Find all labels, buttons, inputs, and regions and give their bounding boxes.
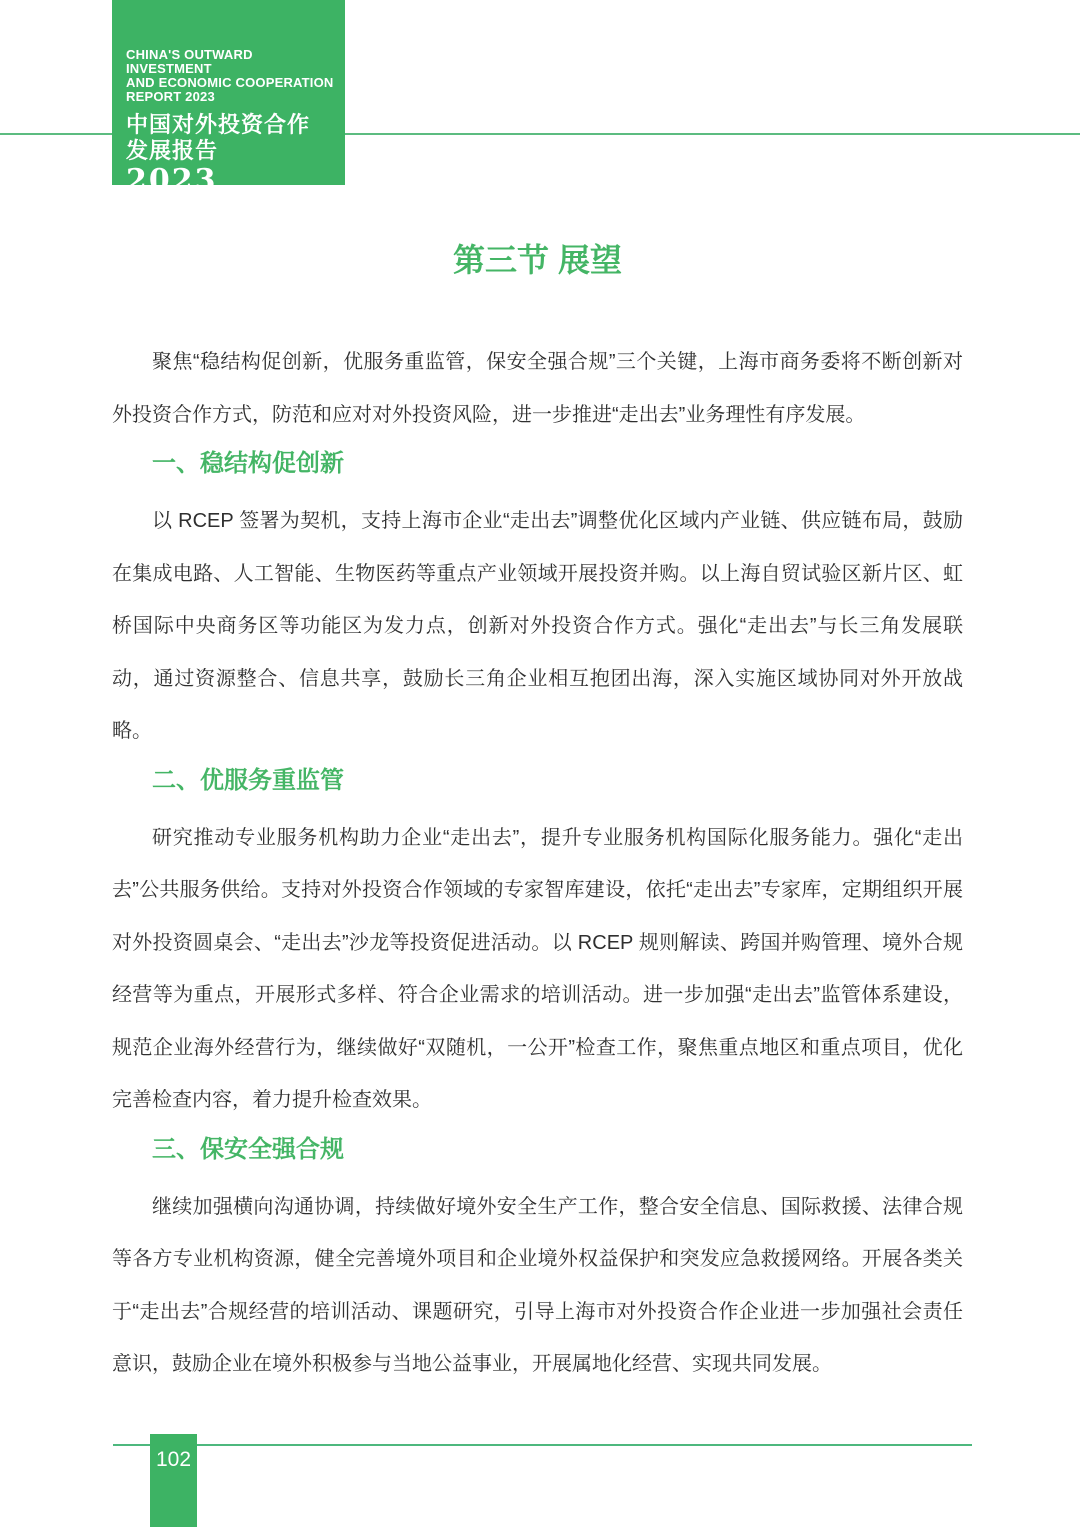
report-title-english-line: CHINA'S OUTWARD INVESTMENT (126, 48, 337, 76)
report-title-chinese-line: 中国对外投资合作 (126, 112, 337, 138)
report-title-chinese: 中国对外投资合作 发展报告 (126, 112, 337, 164)
page-content: 第三节 展望 聚焦“稳结构促创新，优服务重监管，保安全强合规”三个关键，上海市商… (0, 243, 1080, 1391)
report-title-english-line: REPORT 2023 (126, 90, 337, 104)
footer-rule (113, 1444, 972, 1446)
section-paragraph-3: 继续加强横向沟通协调，持续做好境外安全生产工作，整合安全信息、国际救援、法律合规… (112, 1181, 963, 1391)
intro-paragraph: 聚焦“稳结构促创新，优服务重监管，保安全强合规”三个关键，上海市商务委将不断创新… (112, 336, 963, 441)
report-title-chinese-line: 发展报告 (126, 138, 337, 164)
report-title-english: CHINA'S OUTWARD INVESTMENT AND ECONOMIC … (126, 48, 337, 104)
page-number: 102 (156, 1448, 191, 1471)
section-heading-1: 一、稳结构促创新 (152, 449, 963, 479)
section-paragraph-2: 研究推动专业服务机构助力企业“走出去”，提升专业服务机构国际化服务能力。强化“走… (112, 812, 963, 1127)
section-paragraph-1: 以 RCEP 签署为契机，支持上海市企业“走出去”调整优化区域内产业链、供应链布… (112, 495, 963, 758)
page-title: 第三节 展望 (112, 243, 963, 278)
page-number-badge: 102 (150, 1434, 197, 1527)
section-heading-3: 三、保安全强合规 (152, 1135, 963, 1165)
section-heading-2: 二、优服务重监管 (152, 766, 963, 796)
report-title-english-line: AND ECONOMIC COOPERATION (126, 76, 337, 90)
report-banner: CHINA'S OUTWARD INVESTMENT AND ECONOMIC … (112, 0, 345, 185)
report-year: 2023 (126, 166, 337, 196)
